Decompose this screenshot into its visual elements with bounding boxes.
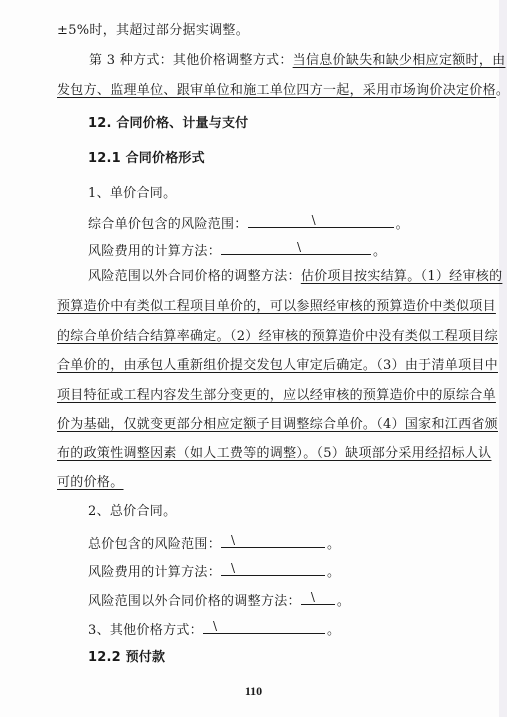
section-heading-12-1: 12.1 合同价格形式	[88, 150, 205, 168]
adjust-label: 风险范围以外合同价格的调整方法：	[88, 269, 301, 284]
total-calc-label: 风险费用的计算方法：	[88, 565, 221, 580]
other-price-label: 3、其他价格方式：	[88, 623, 203, 638]
total-calc-blank: \	[221, 561, 325, 576]
paragraph-line: ±5%时，其超过部分据实调整。	[57, 22, 249, 40]
paragraph-line: 合单价的，由承包人重新组价提交发包人审定后确定。（3）由于清单项目中	[57, 357, 498, 375]
field-row: 风险范围以外合同价格的调整方法：\。	[88, 590, 350, 611]
paragraph-line: 预算造价中有类似工程项目单价的，可以参照经审核的预算造价中类似项目	[57, 298, 496, 316]
section-heading-12: 12. 合同价格、计量与支付	[88, 115, 248, 133]
other-price-blank: \	[203, 619, 325, 634]
method3-label: 第 3 种方式：其他价格调整方式：	[89, 53, 293, 68]
field-row: 总价包含的风险范围：\。	[88, 533, 340, 554]
scan-edge-strip	[499, 0, 507, 717]
risk-calc-label: 风险费用的计算方法：	[88, 244, 221, 259]
total-scope-blank: \	[221, 533, 325, 548]
method3-value-cont: 发包方、监理单位、跟审单位和施工单位四方一起，采用市场询价决定价格	[57, 83, 496, 98]
method3-value: 当信息价缺失和缺少相应定额时，由	[293, 53, 506, 68]
paragraph-line: 风险范围以外合同价格的调整方法：估价项目按实结算。（1）经审核的	[88, 268, 502, 286]
total-adjust-label: 风险范围以外合同价格的调整方法：	[88, 594, 301, 609]
total-scope-label: 总价包含的风险范围：	[88, 537, 221, 552]
field-row: 风险费用的计算方法：\。	[88, 561, 340, 582]
field-row: 综合单价包含的风险范围：\。	[88, 213, 409, 234]
paragraph-line: 可的价格。	[57, 474, 124, 492]
paragraph-line: 发包方、监理单位、跟审单位和施工单位四方一起，采用市场询价决定价格。	[57, 82, 507, 100]
item-unit-price-contract: 1、单价合同。	[88, 185, 176, 203]
field-row: 3、其他价格方式：\。	[88, 619, 340, 640]
section-heading-12-2: 12.2 预付款	[88, 649, 165, 667]
page-number: 110	[0, 684, 507, 699]
paragraph-line: 第 3 种方式：其他价格调整方式：当信息价缺失和缺少相应定额时，由	[89, 52, 505, 70]
risk-scope-label: 综合单价包含的风险范围：	[88, 217, 248, 232]
risk-calc-blank: \	[221, 240, 371, 255]
paragraph-line: 布的政策性调整因素（如人工费等的调整）。（5）缺项部分采用经招标人认	[57, 445, 491, 463]
paragraph-line: 的综合单价结合结算率确定。（2）经审核的预算造价中没有类似工程项目综	[57, 328, 498, 346]
item-total-price-contract: 2、总价合同。	[88, 503, 176, 521]
risk-scope-blank: \	[248, 213, 394, 228]
field-row: 风险费用的计算方法：\。	[88, 240, 386, 261]
paragraph-line: 价为基础，仅就变更部分相应定额子目调整综合单价。（4）国家和江西省颁	[57, 416, 498, 434]
total-adjust-blank: \	[301, 590, 335, 605]
paragraph-line: 项目特征或工程内容发生部分变更的，应以经审核的预算造价中的原综合单	[57, 387, 496, 405]
